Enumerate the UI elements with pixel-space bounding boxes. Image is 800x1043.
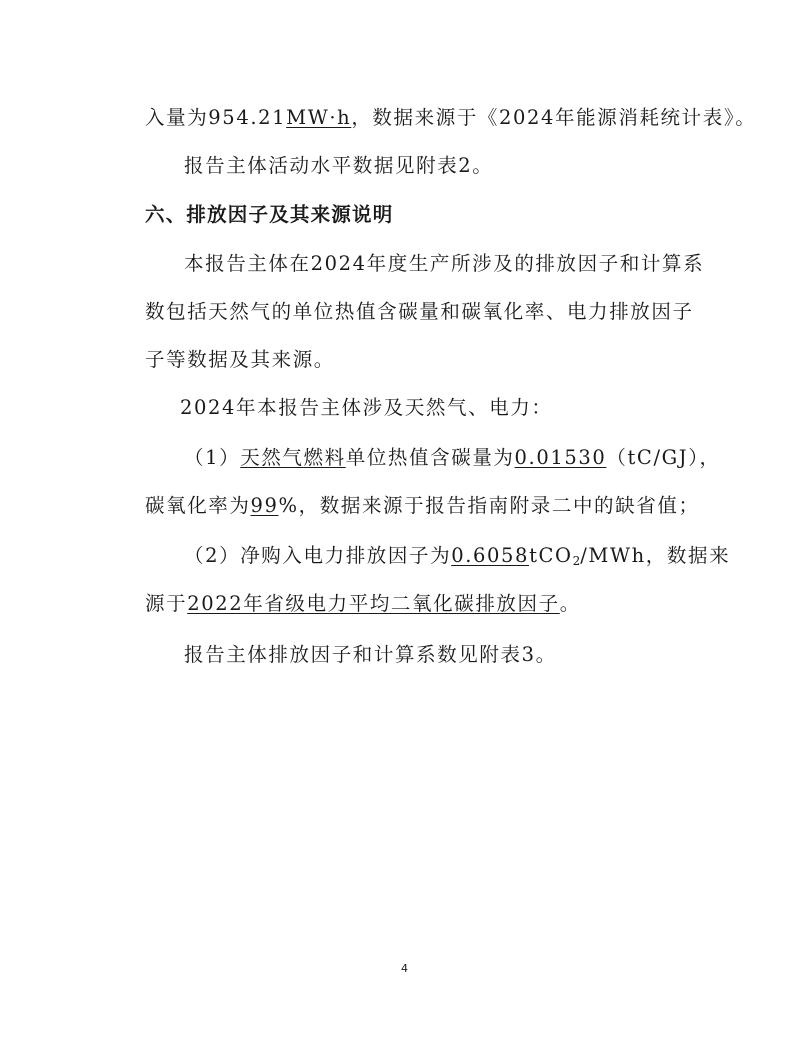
text: （tC/GJ）， <box>606 446 720 469</box>
paragraph-line: 2024年本报告主体涉及天然气、电力： <box>180 396 553 420</box>
page-number: 4 <box>401 962 408 975</box>
underlined-value: 99 <box>251 494 279 517</box>
underlined-value: 0.6058 <box>451 544 529 567</box>
section-heading: 六、排放因子及其来源说明 <box>145 203 393 227</box>
text: （1） <box>184 446 240 469</box>
text: 入量为954.21 <box>145 106 286 129</box>
text: %，数据来源于报告指南附录二中的缺省值； <box>279 494 700 517</box>
text: （2）净购入电力排放因子为 <box>184 544 451 567</box>
paragraph-line: （2）净购入电力排放因子为0.6058tCO2/MWh，数据来 <box>184 544 730 573</box>
paragraph-line: 数包括天然气的单位热值含碳量和碳氧化率、电力排放因子 <box>145 300 694 324</box>
text: 源于 <box>145 592 187 615</box>
paragraph-line: 报告主体活动水平数据见附表2。 <box>184 154 493 178</box>
text: /MWh，数据来 <box>580 544 730 567</box>
text: ，数据来源于《2024年能源消耗统计表》。 <box>351 106 756 129</box>
text: 单位热值含碳量为 <box>346 446 515 469</box>
paragraph-line: 报告主体排放因子和计算系数见附表3。 <box>184 643 557 667</box>
underlined-term: 天然气燃料 <box>240 446 346 469</box>
paragraph-line: 源于2022年省级电力平均二氧化碳排放因子。 <box>145 592 581 616</box>
paragraph-line: （1）天然气燃料单位热值含碳量为0.01530（tC/GJ）， <box>184 446 721 470</box>
paragraph-line: 子等数据及其来源。 <box>145 348 335 372</box>
text: tCO <box>529 544 573 567</box>
underlined-source: 2022年省级电力平均二氧化碳排放因子 <box>187 592 560 615</box>
underlined-unit: MW·h <box>286 106 351 129</box>
underlined-value: 0.01530 <box>515 446 607 469</box>
text: 碳氧化率为 <box>145 494 251 517</box>
paragraph-line: 本报告主体在2024年度生产所涉及的排放因子和计算系 <box>184 252 704 276</box>
text: 。 <box>560 592 581 615</box>
paragraph-line: 入量为954.21MW·h，数据来源于《2024年能源消耗统计表》。 <box>145 106 756 130</box>
paragraph-line: 碳氧化率为99%，数据来源于报告指南附录二中的缺省值； <box>145 494 700 518</box>
